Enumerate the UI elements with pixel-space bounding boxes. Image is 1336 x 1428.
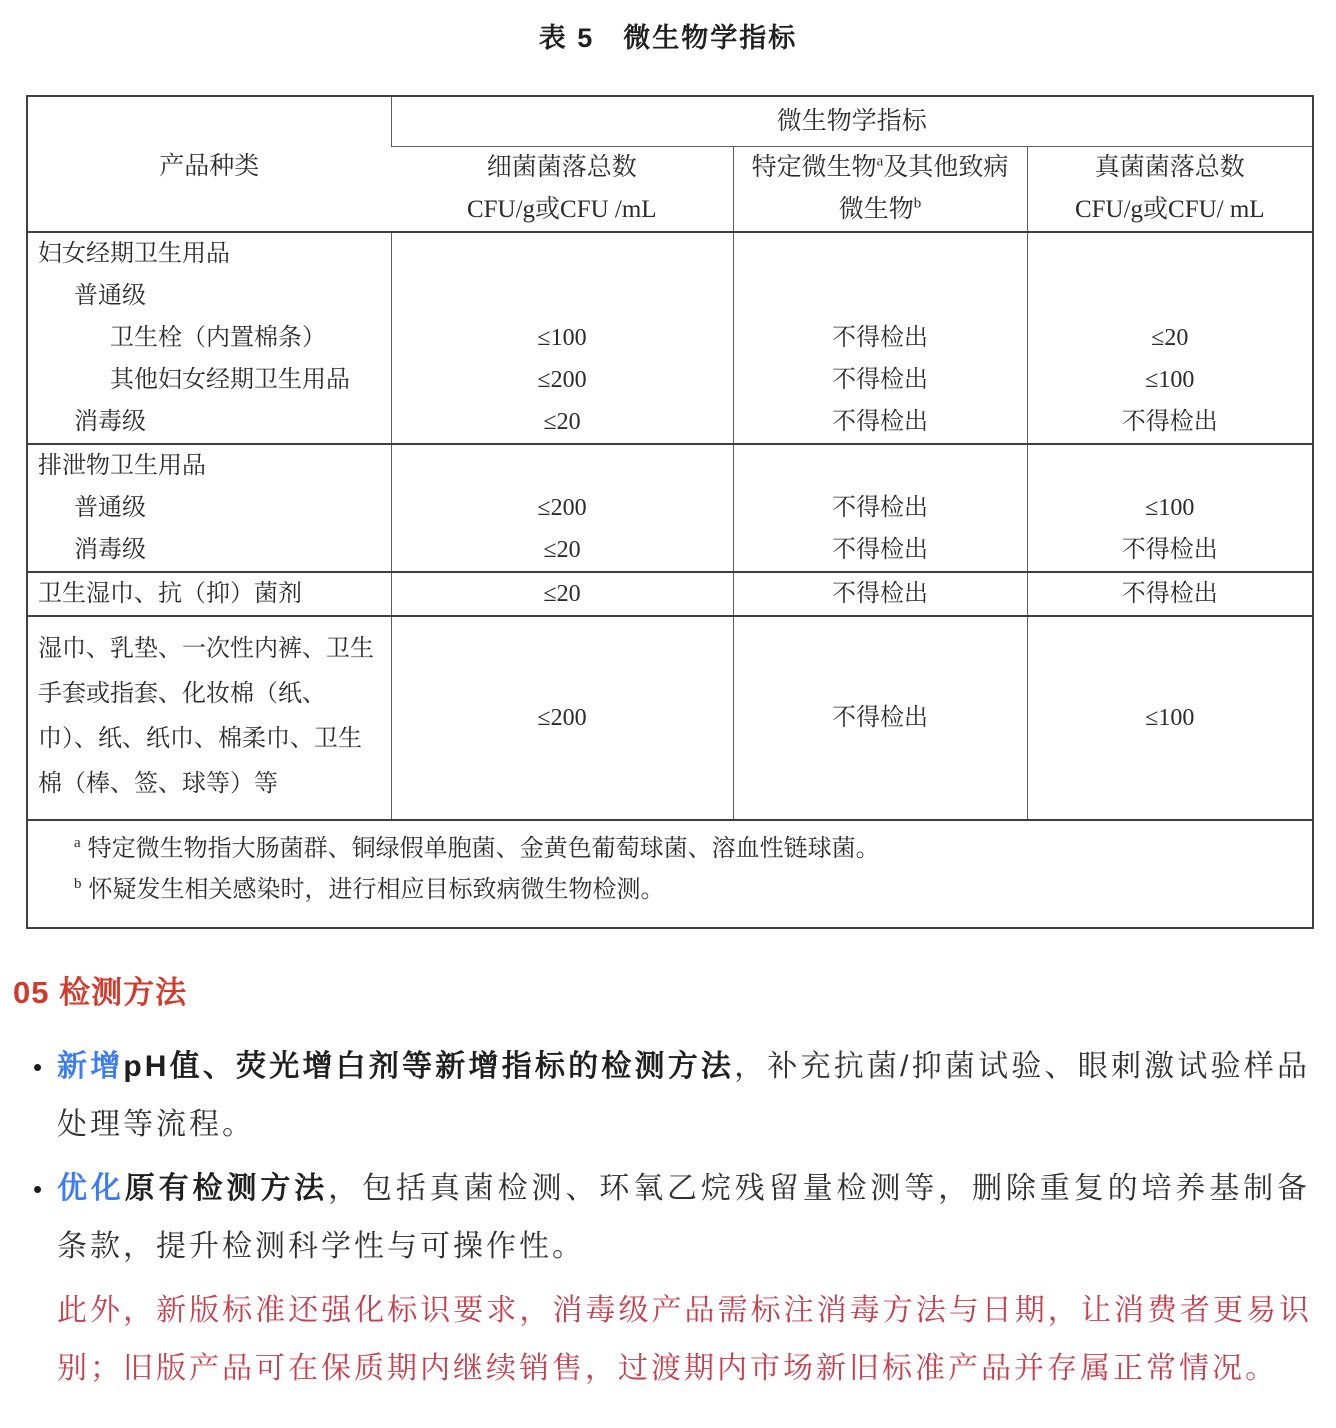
bullet-item: •新增pH值、荧光增白剂等新增指标的检测方法，补充抗菌/抑菌试验、眼刺激试验样品… [33,1038,1310,1154]
product-cell: 普通级 [27,487,391,529]
bacteria-value-cell [391,275,733,317]
header-specific-line2: 微生物b [736,189,1025,231]
product-cell: 消毒级 [27,529,391,572]
bacteria-value-cell: ≤200 [391,616,733,820]
table-row: 其他妇女经期卫生用品≤200不得检出≤100 [27,359,1313,401]
bacteria-value-cell: ≤20 [391,529,733,572]
bullet-icon: • [33,1038,57,1154]
fungi-value-cell [1027,444,1313,487]
product-cell: 湿巾、乳垫、一次性内裤、卫生手套或指套、化妆棉（纸、巾）、纸、纸巾、棉柔巾、卫生… [27,616,391,820]
bacteria-value-cell [391,444,733,487]
table-row: 普通级≤200不得检出≤100 [27,487,1313,529]
specific-value-cell [733,275,1027,317]
specific-value-cell: 不得检出 [733,487,1027,529]
table-footnotes: a特定微生物指大肠菌群、铜绿假单胞菌、金黄色葡萄球菌、溶血性链球菌。b怀疑发生相… [27,820,1313,928]
product-cell: 妇女经期卫生用品 [27,232,391,275]
fungi-value-cell: 不得检出 [1027,529,1313,572]
header-group: 微生物学指标 [391,96,1313,147]
specific-value-cell [733,232,1027,275]
specific-value-cell: 不得检出 [733,616,1027,820]
fungi-value-cell: ≤100 [1027,359,1313,401]
table-title: 表 5 微生物学指标 [0,16,1336,55]
bullet-item: •优化原有检测方法，包括真菌检测、环氧乙烷残留量检测等，删除重复的培养基制备条款… [33,1160,1310,1276]
header-specific-line1: 特定微生物a及其他致病 [736,147,1025,189]
text-segment: 原有检测方法 [125,1172,328,1205]
header-specific: 特定微生物a及其他致病 微生物b [733,147,1027,233]
fungi-value-cell: ≤100 [1027,616,1313,820]
bacteria-value-cell: ≤100 [391,317,733,359]
bullet-icon: • [33,1160,57,1276]
table-row: 消毒级≤20不得检出不得检出 [27,529,1313,572]
specific-value-cell: 不得检出 [733,572,1027,616]
specific-value-cell: 不得检出 [733,401,1027,444]
header-product: 产品种类 [27,96,391,232]
header-bacteria: 细菌菌落总数 CFU/g或CFU /mL [391,147,733,233]
specific-value-cell: 不得检出 [733,529,1027,572]
section-heading: 05 检测方法 [13,967,1336,1012]
text-segment: 优化 [57,1172,125,1205]
footnote-line: b怀疑发生相关感染时，进行相应目标致病微生物检测。 [74,870,1292,911]
bacteria-value-cell [391,232,733,275]
superscript-b: b [914,196,922,212]
product-cell: 消毒级 [27,401,391,444]
bullet-list: •新增pH值、荧光增白剂等新增指标的检测方法，补充抗菌/抑菌试验、眼刺激试验样品… [33,1038,1310,1276]
fungi-value-cell: ≤20 [1027,317,1313,359]
header-fungi-line1: 真菌菌落总数 [1030,147,1311,189]
footnote-row: a特定微生物指大肠菌群、铜绿假单胞菌、金黄色葡萄球菌、溶血性链球菌。b怀疑发生相… [27,820,1313,928]
product-cell: 普通级 [27,275,391,317]
bacteria-value-cell: ≤20 [391,401,733,444]
table-row: 消毒级≤20不得检出不得检出 [27,401,1313,444]
fungi-value-cell: 不得检出 [1027,572,1313,616]
table-row: 排泄物卫生用品 [27,444,1313,487]
table-row: 妇女经期卫生用品 [27,232,1313,275]
microbiology-table: 产品种类 微生物学指标 细菌菌落总数 CFU/g或CFU /mL 特定微生物a及… [26,95,1314,929]
footnote-marker: a [74,835,81,851]
text-segment: pH值、荧光增白剂等新增指标的检测方法 [123,1050,734,1083]
fungi-value-cell [1027,275,1313,317]
specific-value-cell: 不得检出 [733,359,1027,401]
document-page: 表 5 微生物学指标 产品种类 微生物学指标 细菌菌落总数 CFU/g或CFU … [0,16,1336,1398]
bacteria-value-cell: ≤20 [391,572,733,616]
bullet-text: 新增pH值、荧光增白剂等新增指标的检测方法，补充抗菌/抑菌试验、眼刺激试验样品处… [57,1038,1310,1154]
header-bacteria-line2: CFU/g或CFU /mL [393,189,731,231]
product-cell: 卫生湿巾、抗（抑）菌剂 [27,572,391,616]
bullet-text: 优化原有检测方法，包括真菌检测、环氧乙烷残留量检测等，删除重复的培养基制备条款，… [57,1160,1310,1276]
header-fungi-line2: CFU/g或CFU/ mL [1030,189,1311,231]
fungi-value-cell: 不得检出 [1027,401,1313,444]
closing-note: 此外，新版标准还强化标识要求，消毒级产品需标注消毒方法与日期，让消费者更易识别；… [57,1282,1312,1398]
product-cell: 排泄物卫生用品 [27,444,391,487]
specific-value-cell: 不得检出 [733,317,1027,359]
footnote-marker: b [74,876,82,892]
bacteria-value-cell: ≤200 [391,487,733,529]
table-row: 普通级 [27,275,1313,317]
table-row: 卫生湿巾、抗（抑）菌剂≤20不得检出不得检出 [27,572,1313,616]
bacteria-value-cell: ≤200 [391,359,733,401]
specific-value-cell [733,444,1027,487]
product-cell: 其他妇女经期卫生用品 [27,359,391,401]
fungi-value-cell: ≤100 [1027,487,1313,529]
table-body: 妇女经期卫生用品普通级卫生栓（内置棉条）≤100不得检出≤20其他妇女经期卫生用… [27,232,1313,820]
header-bacteria-line1: 细菌菌落总数 [393,147,731,189]
text-segment: 新增 [57,1050,123,1083]
table-row: 湿巾、乳垫、一次性内裤、卫生手套或指套、化妆棉（纸、巾）、纸、纸巾、棉柔巾、卫生… [27,616,1313,820]
table-row: 卫生栓（内置棉条）≤100不得检出≤20 [27,317,1313,359]
superscript-a: a [877,154,884,170]
header-group-row: 产品种类 微生物学指标 [27,96,1313,147]
fungi-value-cell [1027,232,1313,275]
product-cell: 卫生栓（内置棉条） [27,317,391,359]
header-fungi: 真菌菌落总数 CFU/g或CFU/ mL [1027,147,1313,233]
footnote-line: a特定微生物指大肠菌群、铜绿假单胞菌、金黄色葡萄球菌、溶血性链球菌。 [74,829,1292,870]
